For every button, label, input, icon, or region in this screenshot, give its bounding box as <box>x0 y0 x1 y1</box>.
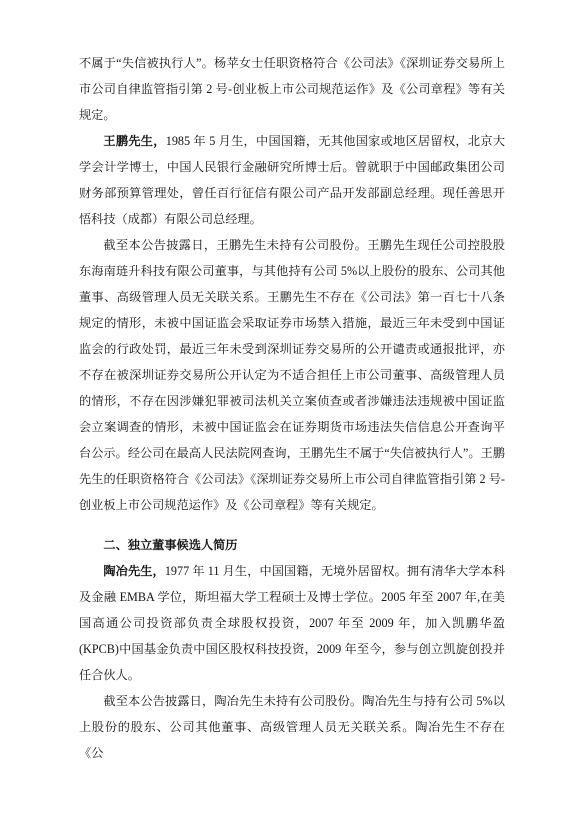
text-run: 不属于“失信被执行人”。杨苹女士任职资格符合《公司法》《深圳证券交易所上市公司自… <box>79 56 505 122</box>
text-run: 截至本公告披露日，王鹏先生未持有公司股份。王鹏先生现任公司控股股东海南琏升科技有… <box>79 238 505 512</box>
section-heading-independent-director-candidates: 二、独立董事候选人简历 <box>79 532 505 558</box>
paragraph-yangping-qualification: 不属于“失信被执行人”。杨苹女士任职资格符合《公司法》《深圳证券交易所上市公司自… <box>79 50 505 128</box>
paragraph-taoye-bio: 陶冶先生，1977 年 11 月生，中国国籍，无境外居留权。拥有清华大学本科及金… <box>79 558 505 688</box>
paragraph-wangpeng-bio: 王鹏先生，1985 年 5 月生，中国国籍，无其他国家或地区居留权，北京大学会计… <box>79 128 505 232</box>
person-name-wangpeng: 王鹏先生， <box>103 134 165 148</box>
announcement-page: 不属于“失信被执行人”。杨苹女士任职资格符合《公司法》《深圳证券交易所上市公司自… <box>0 0 574 814</box>
text-run: 1977 年 11 月生，中国国籍，无境外居留权。拥有清华大学本科及金融 EMB… <box>79 564 505 682</box>
person-name-taoye: 陶冶先生， <box>103 564 164 578</box>
paragraph-wangpeng-disclosure: 截至本公告披露日，王鹏先生未持有公司股份。王鹏先生现任公司控股股东海南琏升科技有… <box>79 232 505 518</box>
text-run: 二、独立董事候选人简历 <box>103 538 237 552</box>
document-body: 不属于“失信被执行人”。杨苹女士任职资格符合《公司法》《深圳证券交易所上市公司自… <box>79 50 505 766</box>
paragraph-taoye-disclosure: 截至本公告披露日，陶冶先生未持有公司股份。陶冶先生与持有公司 5%以上股份的股东… <box>79 688 505 766</box>
text-run: 截至本公告披露日，陶冶先生未持有公司股份。陶冶先生与持有公司 5%以上股份的股东… <box>79 694 505 760</box>
